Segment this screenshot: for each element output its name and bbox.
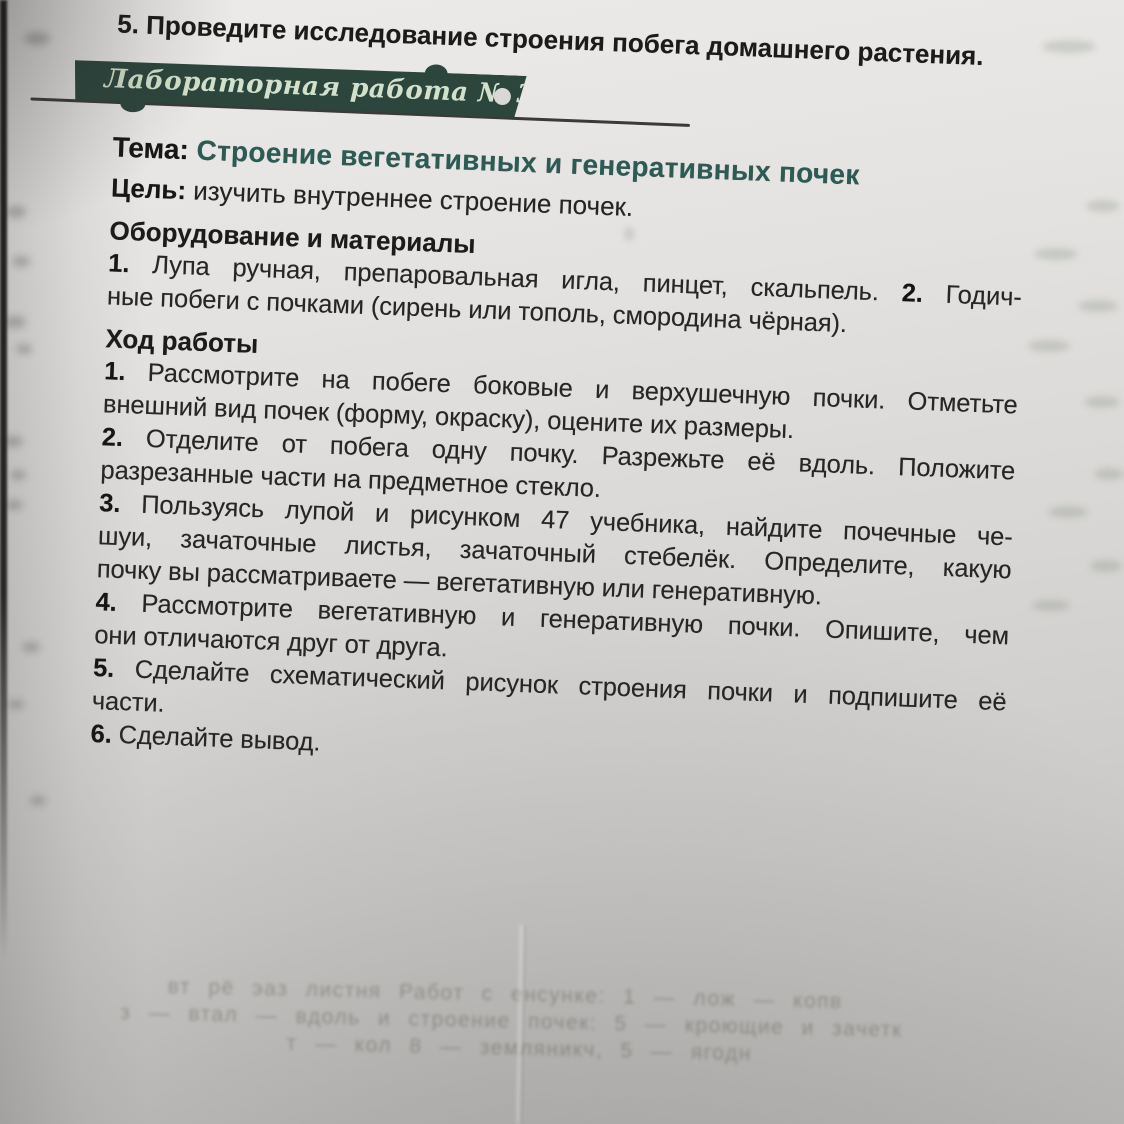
show-through-smudge bbox=[16, 344, 32, 354]
show-through-smudge bbox=[8, 700, 24, 709]
page-edge-shadow bbox=[0, 0, 7, 960]
show-through-smudge bbox=[1086, 200, 1120, 212]
show-through-smudge bbox=[1078, 300, 1118, 312]
show-through-text-block: вт рё эаз листня Работ с енсунке: 1 — ло… bbox=[111, 972, 1013, 1073]
show-through-smudge bbox=[1048, 506, 1088, 518]
show-through-smudge bbox=[12, 256, 30, 267]
show-through-smudge bbox=[1094, 468, 1124, 480]
show-through-smudge bbox=[30, 796, 46, 805]
show-through-smudge bbox=[1042, 40, 1096, 53]
ribbon-puzzle-bump-bottom bbox=[120, 95, 146, 113]
show-through-line: з — втал — вдоль и строение почек: 5 — к… bbox=[120, 999, 1012, 1046]
show-through-smudge bbox=[5, 500, 23, 510]
show-through-smudge bbox=[22, 642, 40, 652]
goal-label: Цель: bbox=[111, 172, 187, 205]
show-through-smudge bbox=[1084, 396, 1120, 408]
show-through-smudge bbox=[1090, 560, 1122, 572]
show-through-smudge bbox=[24, 32, 50, 45]
show-through-smudge bbox=[1032, 600, 1070, 611]
procedure-steps: 1. Рассмотрите на побеге боковые и верху… bbox=[76, 355, 1018, 786]
show-through-smudge bbox=[6, 206, 26, 218]
topic-label: Тема: bbox=[112, 131, 189, 165]
lab-work-banner-area: Лабораторная работа № 3 bbox=[100, 60, 1029, 139]
lab-work-title: Лабораторная работа № 3 bbox=[104, 64, 536, 110]
show-through-smudge bbox=[1028, 340, 1070, 352]
show-through-smudge bbox=[10, 470, 26, 480]
show-through-line: вт рё эаз листня Работ с енсунке: 1 — ло… bbox=[167, 973, 1012, 1019]
textbook-page-photo: 5. Проведите исследование строения побег… bbox=[0, 0, 1124, 1124]
show-through-smudge bbox=[4, 316, 26, 328]
show-through-smudge bbox=[1034, 248, 1078, 260]
page-content: 5. Проведите исследование строения побег… bbox=[76, 6, 1031, 785]
show-through-line: т — кол 8 — земляникч, 5 — ягодн bbox=[286, 1030, 1011, 1073]
